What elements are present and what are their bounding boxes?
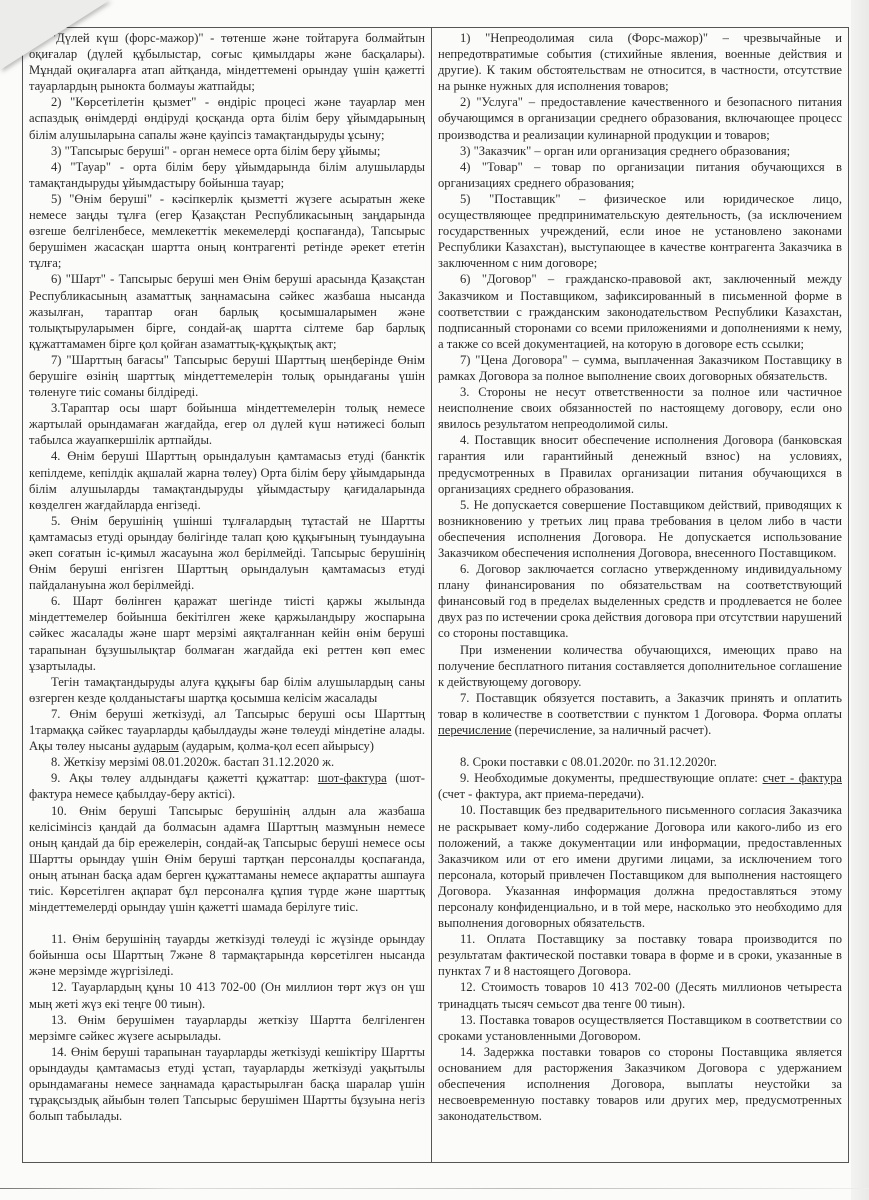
kz-clause-8-delivery-term: 8. Жеткізу мерзімі 08.01.2020ж. бастап 3…: [29, 754, 425, 770]
ru-clause-3-liability: 3. Стороны не несут ответственности за п…: [438, 384, 842, 432]
kz-clause-14-delay: 14. Өнім беруші тарапынан тауарларды жет…: [29, 1044, 425, 1124]
folded-corner: [0, 0, 110, 70]
contract-row: "Дүлей күш (форс-мажор)" - төтенше және …: [23, 28, 849, 1163]
ru-clause-contract: 6) "Договор" – гражданско-правовой акт, …: [438, 271, 842, 351]
ru-clause-goods: 4) "Товар" – товар по организации питани…: [438, 159, 842, 191]
kz-clause-7-payment-form: 7. Өнім беруші жеткізуді, ал Тапсырыс бе…: [29, 706, 425, 754]
ru-clause-13-delivery: 13. Поставка товаров осуществляется Пост…: [438, 1012, 842, 1044]
ru-clause-10-confidentiality: 10. Поставщик без предварительного письм…: [438, 802, 842, 931]
ru-clause-14-delay: 14. Задержка поставки товаров со стороны…: [438, 1044, 842, 1124]
kz-clause-6-addendum: Тегін тамақтандыруды алуға құқығы бар бі…: [29, 674, 425, 706]
kz-clause-customer: 3) "Тапсырыс беруші" - орган немесе орта…: [29, 143, 425, 159]
russian-column: 1) "Непреодолимая сила (Форс-мажор)" – ч…: [432, 28, 849, 1163]
kz-clause-4-security: 4. Өнім беруші Шарттың орындалуын қамтам…: [29, 448, 425, 512]
ru-clause-contract-price: 7) "Цена Договора" – сумма, выплаченная …: [438, 352, 842, 384]
page-edge-shadow: [851, 0, 869, 1200]
kz-payment-form-value: аударым: [134, 739, 179, 753]
kz-clause-contract-price: 7) "Шарттың бағасы" Тапсырыс беруші Шарт…: [29, 352, 425, 400]
ru-clause-4-security: 4. Поставщик вносит обеспечение исполнен…: [438, 432, 842, 496]
ru-payment-form-value: перечисление: [438, 723, 512, 737]
kz-clause-5-third-parties: 5. Өнім берушінің үшінші тұлғалардың тұт…: [29, 513, 425, 593]
kz-clause-13-delivery: 13. Өнім берушімен тауарларды жеткізу Ша…: [29, 1012, 425, 1044]
kz-clause-3-liability: 3.Тараптар осы шарт бойынша міндеттемеле…: [29, 400, 425, 448]
ru-clause-7-payment-form: 7. Поставщик обязуется поставить, а Зака…: [438, 690, 842, 738]
kz-clause-service: 2) "Көрсетілетін қызмет" - өндіріс проце…: [29, 94, 425, 142]
kz-clause-12-cost: 12. Тауарлардың құны 10 413 702-00 (Он м…: [29, 979, 425, 1011]
ru-clause-6-addendum: При изменении количества обучающихся, им…: [438, 642, 842, 690]
ru-clause-11-payment: 11. Оплата Поставщику за поставку товара…: [438, 931, 842, 979]
ru-clause-service: 2) "Услуга" – предоставление качественно…: [438, 94, 842, 142]
scanned-page: "Дүлей күш (форс-мажор)" - төтенше және …: [0, 0, 869, 1200]
ru-clause-customer: 3) "Заказчик" – орган или организация ср…: [438, 143, 842, 159]
kz-clause-11-payment: 11. Өнім берушінің тауарды жеткізуді төл…: [29, 931, 425, 979]
ru-clause-8-delivery-term: 8. Сроки поставки с 08.01.2020г. по 31.1…: [438, 754, 842, 770]
ru-clause-9-documents: 9. Необходимые документы, предшествующие…: [438, 770, 842, 802]
ru-clause-5-third-parties: 5. Не допускается совершение Поставщиком…: [438, 497, 842, 561]
ru-clause-12-cost: 12. Стоимость товаров 10 413 702-00 (Дес…: [438, 979, 842, 1011]
kz-clause-9-documents: 9. Ақы төлеу алдындағы қажетті құжаттар:…: [29, 770, 425, 802]
ru-clause-6-financing: 6. Договор заключается согласно утвержде…: [438, 561, 842, 641]
kz-clause-contract: 6) "Шарт" - Тапсырыс беруші мен Өнім бер…: [29, 271, 425, 351]
ru-clause-supplier: 5) "Поставщик" – физическое или юридичес…: [438, 191, 842, 271]
kz-clause-10-confidentiality: 10. Өнім беруші Тапсырыс берушінің алдын…: [29, 803, 425, 916]
kz-clause-supplier: 5) "Өнім беруші" - кәсіпкерлік қызметті …: [29, 191, 425, 271]
ru-clause-force-majeure: 1) "Непреодолимая сила (Форс-мажор)" – ч…: [438, 30, 842, 94]
bilingual-contract-table: "Дүлей күш (форс-мажор)" - төтенше және …: [22, 27, 849, 1163]
kz-invoice-value: шот-фактура: [318, 771, 387, 785]
kz-clause-6-financing: 6. Шарт бөлінген қаражат шегінде тиісті …: [29, 593, 425, 673]
ru-invoice-value: счет - фактура: [763, 771, 842, 785]
kz-clause-goods: 4) "Тауар" - орта білім беру ұйымдарында…: [29, 159, 425, 191]
scan-bottom-edge: [0, 1188, 869, 1189]
kazakh-column: "Дүлей күш (форс-мажор)" - төтенше және …: [23, 28, 432, 1163]
